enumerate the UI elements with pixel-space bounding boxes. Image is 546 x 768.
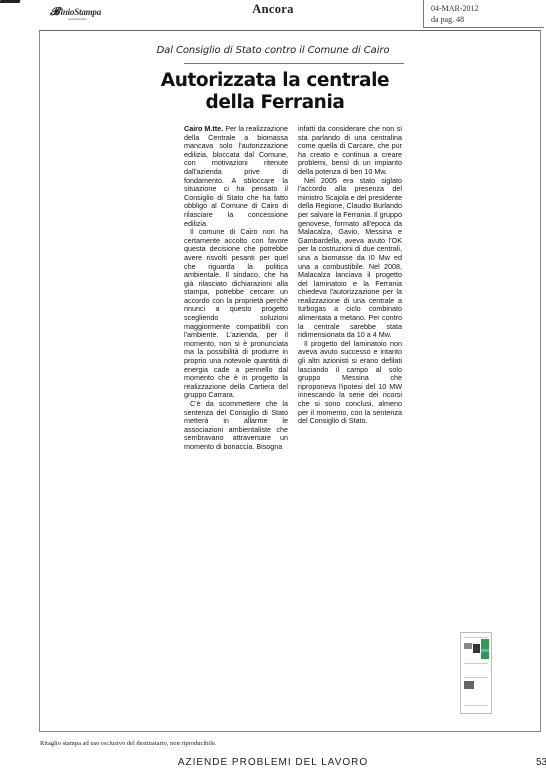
article-column-2: infatti da considerare che non si sta pa… <box>298 125 402 426</box>
thumbnail-photo <box>473 644 480 653</box>
page-reference: da pag. 48 <box>431 15 464 24</box>
headline-line-2: della Ferrania <box>150 92 400 114</box>
paragraph: C'è da scommettere che la sentenza del C… <box>184 400 288 452</box>
article-column-1: Cairo M.tte. Per la realizzazione della … <box>184 125 288 452</box>
thumbnail-photo <box>464 681 474 689</box>
page-thumbnail <box>460 632 492 714</box>
paragraph: Il progetto del laminatoio non aveva avu… <box>298 340 402 426</box>
thumbnail-line <box>464 677 488 678</box>
paragraph-text: Per la realizzazione della Centrale a bi… <box>184 124 288 228</box>
logo-subtext: servizi informativi <box>68 17 101 21</box>
clipping-frame <box>39 30 541 732</box>
paragraph: infatti da considerare che non si sta pa… <box>298 125 402 177</box>
publication-date: 04-MAR-2012 <box>431 4 479 13</box>
paragraph: Nel 2005 era stato siglato l'accordo all… <box>298 177 402 340</box>
paragraph: Il comune di Cairo non ha certamente acc… <box>184 228 288 400</box>
article-headline: Autorizzata la centrale della Ferrania <box>150 70 400 114</box>
date-box: 04-MAR-2012 da pag. 48 <box>423 0 544 28</box>
thumbnail-line <box>464 705 488 706</box>
headline-line-1: Autorizzata la centrale <box>150 70 400 92</box>
page-number: 53 <box>536 757 546 768</box>
thumbnail-photo <box>464 643 472 649</box>
thumbnail-blue-band <box>481 649 489 652</box>
section-title: AZIENDE PROBLEMI DEL LAVORO <box>0 757 546 768</box>
kicker-divider <box>184 63 404 64</box>
copyright-note: Ritaglio stampa ad uso esclusivo del des… <box>40 740 217 747</box>
article-kicker: Dal Consiglio di Stato contro il Comune … <box>0 45 546 56</box>
thumbnail-line <box>464 637 488 638</box>
thumbnail-line <box>464 663 488 664</box>
paragraph: Cairo M.tte. Per la realizzazione della … <box>184 125 288 228</box>
